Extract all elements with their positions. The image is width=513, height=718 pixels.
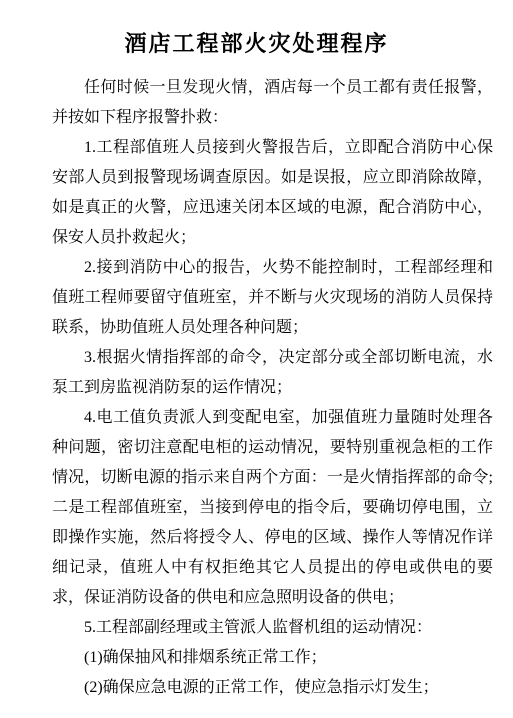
document-page: 酒店工程部火灾处理程序 任何时候一旦发现火情，酒店每一个员工都有责任报警，并按如…	[0, 0, 513, 718]
procedure-step-1: 1.工程部值班人员接到火警报告后，立即配合消防中心保安部人员到报警现场调查原因。…	[52, 133, 493, 253]
intro-paragraph: 任何时候一旦发现火情，酒店每一个员工都有责任报警，并按如下程序报警扑救：	[52, 73, 493, 133]
procedure-step-5: 5.工程部副经理或主管派人监督机组的运动情况：	[52, 613, 493, 643]
procedure-step-3: 3.根据火情指挥部的命令，决定部分或全部切断电流，水泵工到房监视消防泵的运作情况…	[52, 343, 493, 403]
sub-step-2: (2)确保应急电源的正常工作，使应急指示灯发生；	[52, 673, 493, 703]
procedure-step-4: 4.电工值负责派人到变配电室，加强值班力量随时处理各种问题，密切注意配电柜的运动…	[52, 403, 493, 613]
document-body: 任何时候一旦发现火情，酒店每一个员工都有责任报警，并按如下程序报警扑救： 1.工…	[52, 73, 493, 703]
page-title: 酒店工程部火灾处理程序	[0, 0, 513, 58]
sub-step-1: (1)确保抽风和排烟系统正常工作；	[52, 643, 493, 673]
procedure-step-2: 2.接到消防中心的报告，火势不能控制时，工程部经理和值班工程师要留守值班室，并不…	[52, 253, 493, 343]
